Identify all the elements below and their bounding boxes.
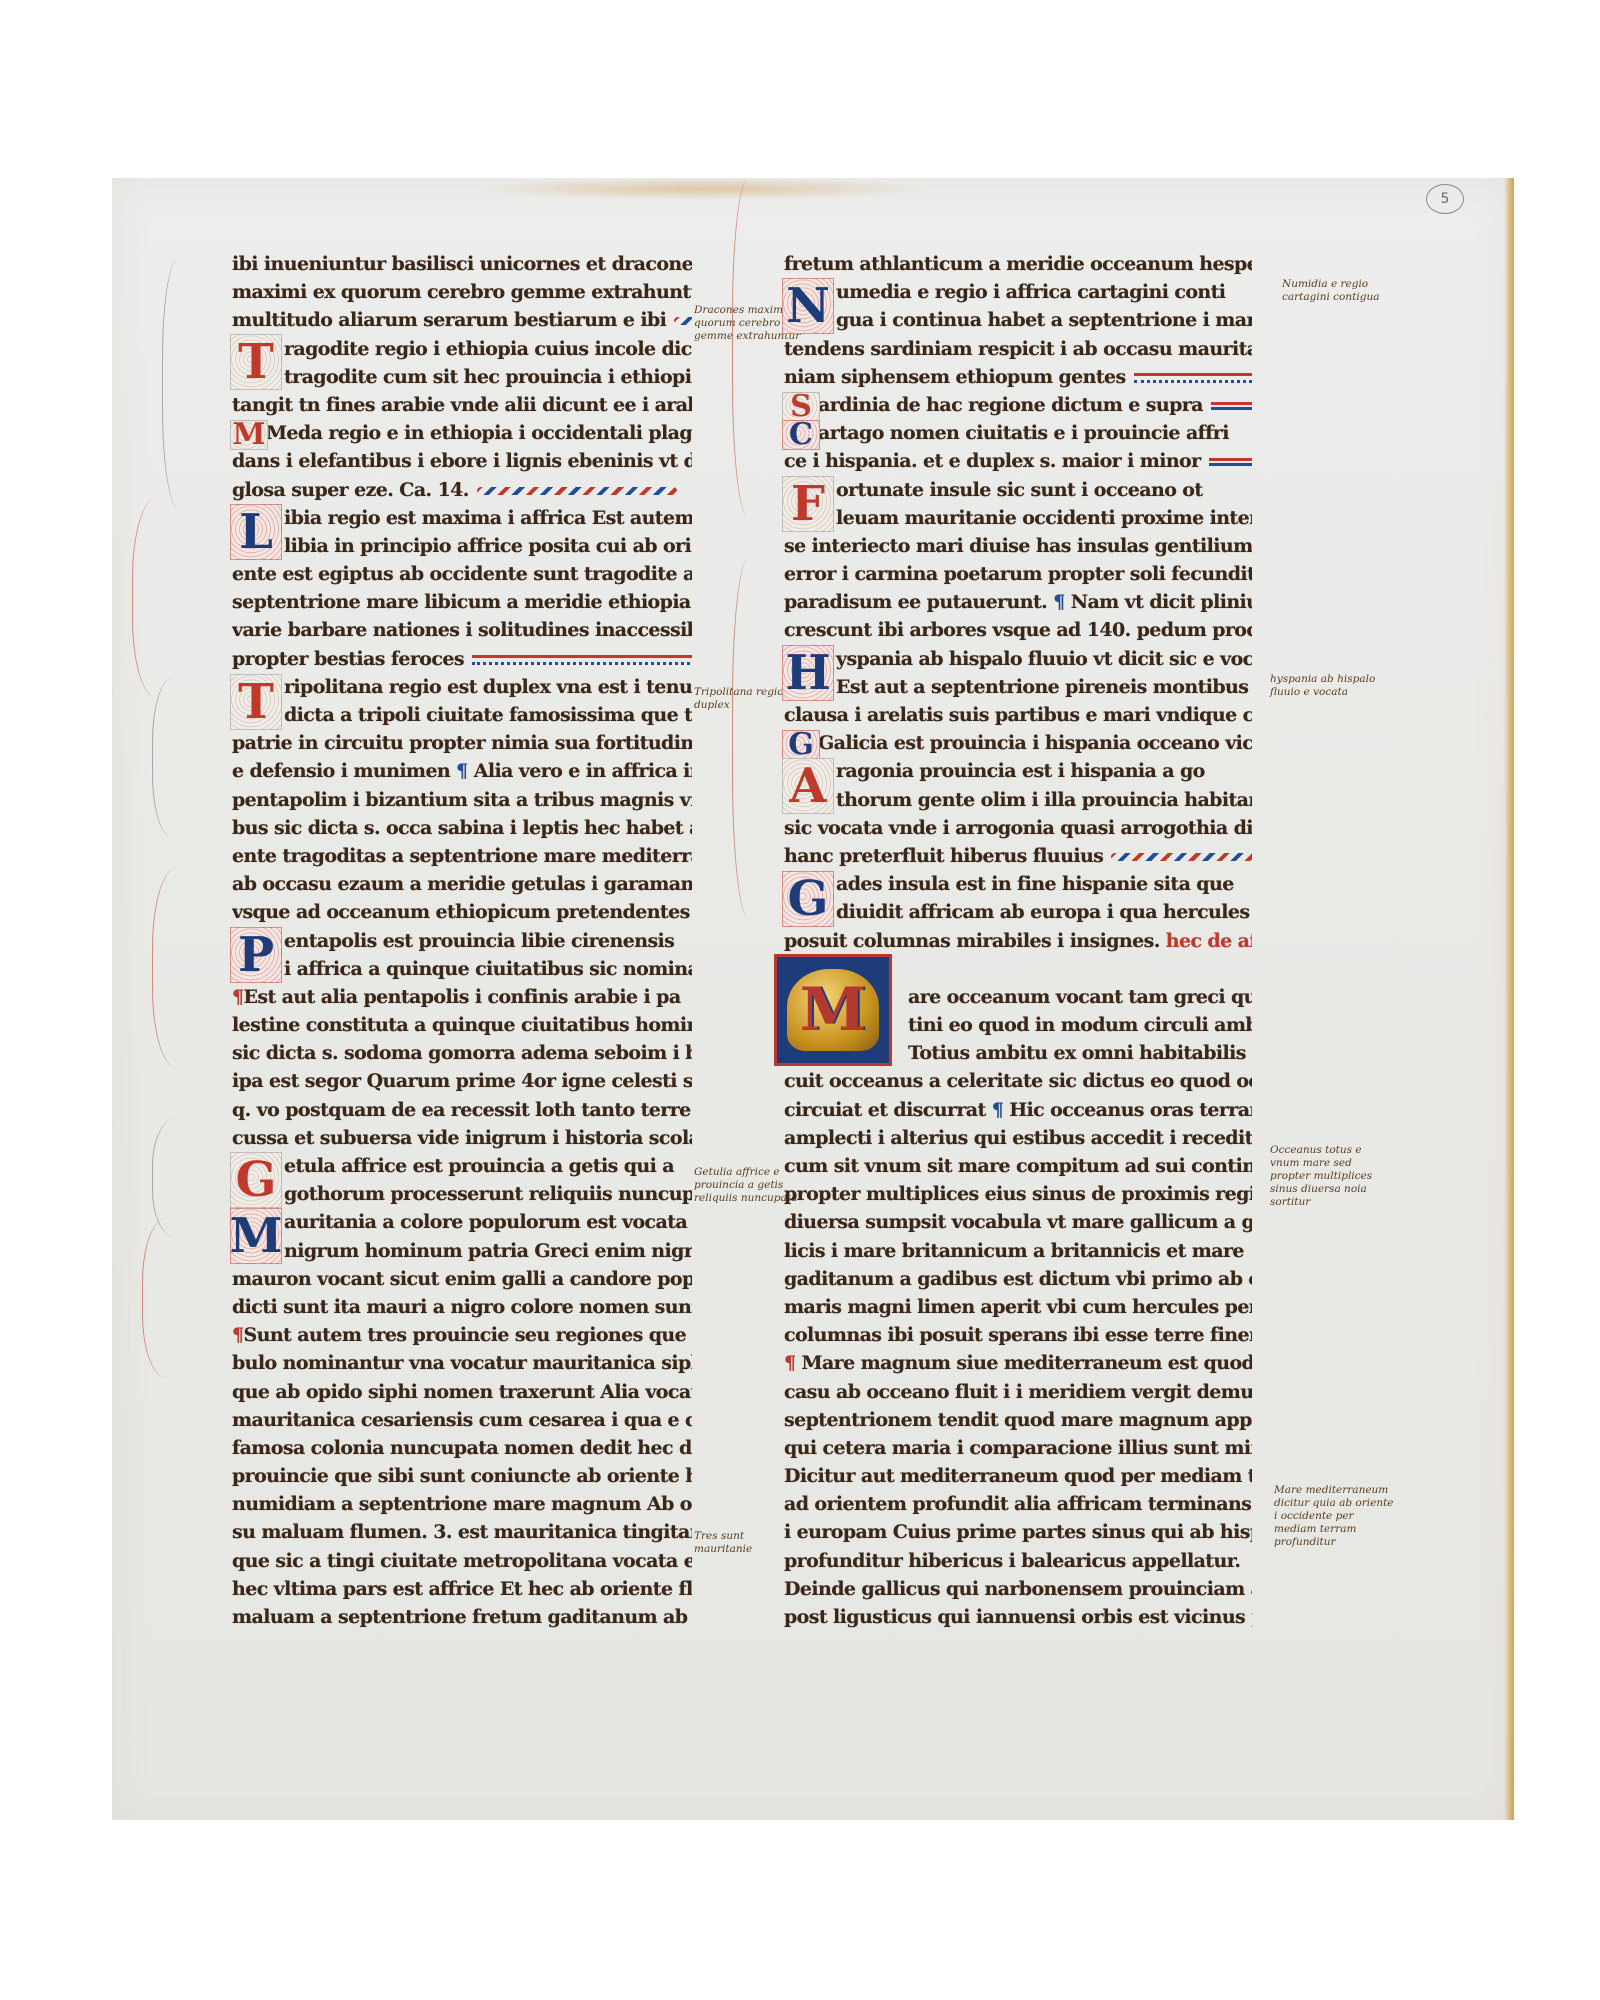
decorated-initial-T: T bbox=[230, 334, 282, 390]
text-line-content: propter bestias feroces bbox=[232, 648, 464, 670]
text-line: diuidit affricam ab europa i qua hercule… bbox=[784, 898, 1252, 926]
text-line: paradisum ee putauerunt. ¶ Nam vt dicit … bbox=[784, 588, 1252, 616]
line-filler-wave bbox=[674, 317, 692, 325]
text-line: hanc preterfluit hiberus fluuius bbox=[784, 842, 1252, 870]
text-line: numidiam a septentrione mare magnum Ab o… bbox=[232, 1490, 692, 1518]
left-text-column: ibi inueniuntur basilisci unicornes et d… bbox=[232, 250, 692, 1631]
text-line: q. vo postquam de ea recessit loth tanto… bbox=[232, 1096, 692, 1124]
paragraph-mark-icon: ¶ bbox=[232, 1324, 244, 1346]
text-line: niam siphensem ethiopum gentes bbox=[784, 363, 1252, 391]
decorated-initial-M: M bbox=[230, 1208, 282, 1264]
text-line: cussa et subuersa vide inigrum i histori… bbox=[232, 1124, 692, 1152]
text-line: se interiecto mari diuise has insulas ge… bbox=[784, 532, 1252, 560]
text-line: ripolitana regio est duplex vna est i te… bbox=[232, 673, 692, 701]
text-line: sic dicta s. sodoma gomorra adema seboim… bbox=[232, 1039, 692, 1067]
text-line: columnas ibi posuit sperans ibi esse ter… bbox=[784, 1321, 1252, 1349]
pen-flourish bbox=[732, 178, 773, 518]
text-line-content: fretum athlanticum a meridie occeanum he… bbox=[784, 253, 1252, 275]
margin-note: Occeanus totus e vnum mare sed propter m… bbox=[1270, 1144, 1390, 1209]
manuscript-leaf: 5 ibi inueniuntur basilisci unicornes et… bbox=[112, 178, 1514, 1820]
text-line: ortunate insule sic sunt i occeano ot bbox=[784, 476, 1252, 504]
text-line: ente tragoditas a septentrione mare medi… bbox=[232, 842, 692, 870]
text-line: hec vltima pars est affrice Et hec ab or… bbox=[232, 1575, 692, 1603]
text-line: ente est egiptus ab occidente sunt trago… bbox=[232, 560, 692, 588]
text-line-content: Nam vt dicit plinius bbox=[1071, 591, 1252, 613]
text-line: ades insula est in fine hispanie sita qu… bbox=[784, 870, 1252, 898]
pen-flourish bbox=[162, 258, 203, 508]
text-line: licis i mare britannicum a britannicis e… bbox=[784, 1237, 1252, 1265]
margin-note: Mare mediterraneum dicitur quia ab orien… bbox=[1274, 1484, 1394, 1549]
illuminated-gold-initial-M: M bbox=[774, 954, 892, 1066]
gold-leaf-letter: M bbox=[787, 969, 879, 1051]
text-line-content: glosa super eze. Ca. 14. bbox=[232, 479, 469, 501]
paragraph-mark-icon: ¶ bbox=[456, 760, 468, 782]
pen-flourish bbox=[152, 868, 213, 1068]
decorated-initial-P: P bbox=[230, 927, 282, 983]
text-line: sic vocata vnde i arrogonia quasi arrogo… bbox=[784, 814, 1252, 842]
text-line: ipa est segor Quarum prime 4or igne cele… bbox=[232, 1067, 692, 1095]
line-filler-bar bbox=[1209, 458, 1252, 466]
text-line: su maluam flumen. 3. est mauritanica tin… bbox=[232, 1518, 692, 1546]
text-line: ibia regio est maxima i affrica Est aute… bbox=[232, 504, 692, 532]
text-line: Galicia est prouincia i hispania occeano… bbox=[784, 729, 1252, 757]
text-line: leuam mauritanie occidenti proxime inter bbox=[784, 504, 1252, 532]
text-line: yspania ab hispalo fluuio vt dicit sic e… bbox=[784, 645, 1252, 673]
text-line: gothorum processerunt reliquiis nuncupat… bbox=[232, 1180, 692, 1208]
text-line: maximi ex quorum cerebro gemme extrahunt… bbox=[232, 278, 692, 306]
line-filler-bar bbox=[1211, 402, 1252, 410]
text-line: maluam a septentrione fretum gaditanum a… bbox=[232, 1603, 692, 1631]
text-line: mauritanica cesariensis cum cesarea i qu… bbox=[232, 1406, 692, 1434]
decorated-initial-T: T bbox=[230, 674, 282, 730]
text-line-content: ardinia de hac regione dictum e supra bbox=[818, 394, 1203, 416]
text-line: Deinde gallicus qui narbonensem prouinci… bbox=[784, 1575, 1252, 1603]
text-line: crescunt ibi arbores vsque ad 140. pedum… bbox=[784, 616, 1252, 644]
text-line: famosa colonia nuncupata nomen dedit hec… bbox=[232, 1434, 692, 1462]
text-line: amplecti i alterius qui estibus accedit … bbox=[784, 1124, 1252, 1152]
decorated-initial-F: F bbox=[782, 476, 834, 532]
text-line: ibi inueniuntur basilisci unicornes et d… bbox=[232, 250, 692, 278]
text-line-content: posuit columnas mirabiles i insignes. bbox=[784, 930, 1160, 952]
text-line: mauron vocant sicut enim galli a candore… bbox=[232, 1265, 692, 1293]
text-line: dans i elefantibus i ebore i lignis eben… bbox=[232, 447, 692, 475]
text-line: dicta a tripoli ciuitate famosissima que… bbox=[232, 701, 692, 729]
folio-number: 5 bbox=[1426, 184, 1464, 214]
rubric-explicit: hec de affrica bbox=[1166, 930, 1252, 952]
text-line: cuit occeanus a celeritate sic dictus eo… bbox=[784, 1067, 1252, 1095]
text-line-content: e defensio i munimen bbox=[232, 760, 450, 782]
line-filler-zigzag bbox=[472, 655, 692, 665]
pen-flourish bbox=[732, 558, 773, 918]
text-line: i affrica a quinque ciuitatibus sic nomi… bbox=[232, 955, 692, 983]
decorated-initial-H: H bbox=[782, 645, 834, 701]
text-line: libia in principio affrice posita cui ab… bbox=[232, 532, 692, 560]
text-line: fretum athlanticum a meridie occeanum he… bbox=[784, 250, 1252, 278]
text-line-content: Alia vero e in affrica inter bbox=[474, 760, 692, 782]
text-line: posuit columnas mirabiles i insignes. he… bbox=[784, 927, 1252, 955]
text-line: entapolis est prouincia libie cirenensis bbox=[232, 927, 692, 955]
text-line: dicti sunt ita mauri a nigro colore nome… bbox=[232, 1293, 692, 1321]
text-line-content: Sunt autem tres prouincie seu regiones q… bbox=[244, 1324, 693, 1346]
decorated-initial-A: A bbox=[782, 758, 834, 814]
text-line: que sic a tingi ciuitate metropolitana v… bbox=[232, 1547, 692, 1575]
paragraph-mark-icon: ¶ bbox=[1053, 591, 1065, 613]
decorated-initial-L: L bbox=[230, 504, 282, 560]
line-filler-wave bbox=[1111, 853, 1252, 861]
text-line: ce i hispania. et e duplex s. maior i mi… bbox=[784, 447, 1252, 475]
text-line: ¶Est aut alia pentapolis i confinis arab… bbox=[232, 983, 692, 1011]
text-line: bulo nominantur vna vocatur mauritanica … bbox=[232, 1349, 692, 1377]
text-line: ad orientem profundit alia affricam term… bbox=[784, 1490, 1252, 1518]
text-line: circuiat et discurrat ¶ Hic occeanus ora… bbox=[784, 1096, 1252, 1124]
text-line-content: circuiat et discurrat bbox=[784, 1099, 986, 1121]
text-line: glosa super eze. Ca. 14. bbox=[232, 476, 692, 504]
text-line: septentrione mare libicum a meridie ethi… bbox=[232, 588, 692, 616]
paragraph-mark-icon: ¶ bbox=[784, 1352, 802, 1374]
text-line: propter multiplices eius sinus de proxim… bbox=[784, 1180, 1252, 1208]
text-line: ragodite regio i ethiopia cuius incole d… bbox=[232, 335, 692, 363]
text-line: ab occasu ezaum a meridie getulas i gara… bbox=[232, 870, 692, 898]
decorated-initial-C: C bbox=[782, 420, 820, 450]
text-line: que ab opido siphi nomen traxerunt Alia … bbox=[232, 1378, 692, 1406]
text-line: pentapolim i bizantium sita a tribus mag… bbox=[232, 786, 692, 814]
text-line-content: multitudo aliarum serarum bestiarum e ib… bbox=[232, 309, 666, 331]
text-line: vsque ad occeanum ethiopicum pretendente… bbox=[232, 898, 692, 926]
text-line: post ligusticus qui iannuensi orbis est … bbox=[784, 1603, 1252, 1631]
pen-flourish bbox=[152, 678, 203, 838]
text-line: Dicitur aut mediterraneum quod per media… bbox=[784, 1462, 1252, 1490]
text-line-content: ce i hispania. et e duplex s. maior i mi… bbox=[784, 450, 1201, 472]
text-line-content: Mare magnum siue mediterraneum est quod … bbox=[802, 1352, 1252, 1374]
margin-note: Numidia e regio cartagini contigua bbox=[1282, 278, 1392, 304]
text-line: thorum gente olim i illa prouincia habit… bbox=[784, 786, 1252, 814]
text-line: multitudo aliarum serarum bestiarum e ib… bbox=[232, 306, 692, 334]
text-line-content: Hic occeanus oras terrarum bbox=[1009, 1099, 1252, 1121]
text-line: prouincie que sibi sunt coniuncte ab ori… bbox=[232, 1462, 692, 1490]
text-line-content: paradisum ee putauerunt. bbox=[784, 591, 1047, 613]
text-line: casu ab occeano fluit i i meridiem vergi… bbox=[784, 1378, 1252, 1406]
text-line: tragodite cum sit hec prouincia i ethiop… bbox=[232, 363, 692, 391]
text-line: lestine constituta a quinque ciuitatibus… bbox=[232, 1011, 692, 1039]
decorated-initial-G: G bbox=[230, 1152, 282, 1208]
text-line-content: tangit tn fines arabie vnde alii dicunt … bbox=[232, 394, 692, 416]
text-line: etula affrice est prouincia a getis qui … bbox=[232, 1152, 692, 1180]
text-line: tangit tn fines arabie vnde alii dicunt … bbox=[232, 391, 692, 419]
right-text-column: fretum athlanticum a meridie occeanum he… bbox=[784, 250, 1252, 1631]
decorated-initial-N: N bbox=[782, 278, 834, 334]
text-line: bus sic dicta s. occa sabina i leptis he… bbox=[232, 814, 692, 842]
text-line: qui cetera maria i comparacione illius s… bbox=[784, 1434, 1252, 1462]
text-line: diuersa sumpsit vocabula vt mare gallicu… bbox=[784, 1208, 1252, 1236]
text-line: ardinia de hac regione dictum e supra bbox=[784, 391, 1252, 419]
text-line: maris magni limen aperit vbi cum hercule… bbox=[784, 1293, 1252, 1321]
text-line: cum sit vnum sit mare compitum ad sui co… bbox=[784, 1152, 1252, 1180]
text-line-content: vsque ad occeanum ethiopicum pretendente… bbox=[232, 901, 690, 923]
text-line: gua i continua habet a septentrione i ma… bbox=[784, 306, 1252, 334]
text-line-content: niam siphensem ethiopum gentes bbox=[784, 366, 1126, 388]
water-stain-top bbox=[472, 178, 932, 200]
text-line: artago nomen ciuitatis e i prouincie aff… bbox=[784, 419, 1252, 447]
text-line: tendens sardiniam respicit i ab occasu m… bbox=[784, 335, 1252, 363]
pen-flourish bbox=[132, 498, 193, 698]
pen-flourish bbox=[142, 1218, 203, 1378]
text-line: auritania a colore populorum est vocata … bbox=[232, 1208, 692, 1236]
text-line: umedia e regio i affrica cartagini conti bbox=[784, 278, 1252, 306]
text-line: profunditur hibericus i balearicus appel… bbox=[784, 1547, 1252, 1575]
text-line-content: Est aut alia pentapolis i confinis arabi… bbox=[244, 986, 681, 1008]
paragraph-mark-icon: ¶ bbox=[992, 1099, 1004, 1121]
text-line: varie barbare nationes i solitudines ina… bbox=[232, 616, 692, 644]
text-line: e defensio i munimen ¶ Alia vero e in af… bbox=[232, 757, 692, 785]
text-line: ragonia prouincia est i hispania a go bbox=[784, 757, 1252, 785]
text-line: gaditanum a gadibus est dictum vbi primo… bbox=[784, 1265, 1252, 1293]
text-line: propter bestias feroces bbox=[232, 645, 692, 673]
text-line: ¶Sunt autem tres prouincie seu regiones … bbox=[232, 1321, 692, 1349]
text-line-content: hanc preterfluit hiberus fluuius bbox=[784, 845, 1103, 867]
text-line: ¶ Mare magnum siue mediterraneum est quo… bbox=[784, 1349, 1252, 1377]
decorated-initial-G: G bbox=[782, 871, 834, 927]
decorated-initial-G: G bbox=[782, 730, 820, 760]
text-line: i europam Cuius prime partes sinus qui a… bbox=[784, 1518, 1252, 1546]
text-line: nigrum hominum patria Greci enim nigrum bbox=[232, 1237, 692, 1265]
text-line: Est aut a septentrione pireneis montibus bbox=[784, 673, 1252, 701]
text-line: clausa i arelatis suis partibus e mari v… bbox=[784, 701, 1252, 729]
stained-right-edge bbox=[1504, 178, 1514, 1820]
text-line: error i carmina poetarum propter soli fe… bbox=[784, 560, 1252, 588]
paragraph-mark-icon: ¶ bbox=[232, 986, 244, 1008]
line-filler-zigzag bbox=[1134, 373, 1252, 383]
line-filler-wave bbox=[477, 487, 677, 495]
decorated-initial-M: M bbox=[230, 420, 268, 450]
text-line: septentrionem tendit quod mare magnum ap… bbox=[784, 1406, 1252, 1434]
text-line: patrie in circuitu propter nimia sua for… bbox=[232, 729, 692, 757]
margin-note: hyspania ab hispalo fluuio e vocata bbox=[1270, 673, 1380, 699]
text-line: Meda regio e in ethiopia i occidentali p… bbox=[232, 419, 692, 447]
